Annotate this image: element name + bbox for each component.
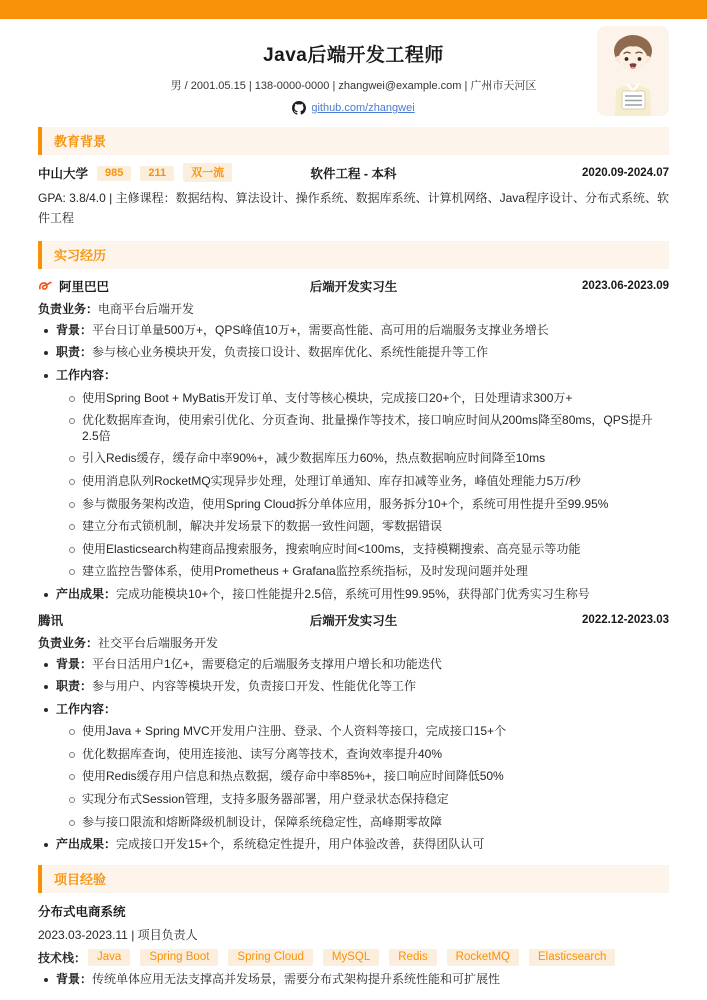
school-name: 中山大学	[38, 164, 88, 182]
resume-header: Java后端开发工程师 男 / 2001.05.15 | 138-0000-00…	[38, 19, 669, 115]
project-meta: 2023.03-2023.11 | 项目负责人	[38, 926, 669, 943]
tech-badge: Spring Cloud	[228, 949, 312, 966]
company-name-cell: 腾讯	[38, 611, 263, 629]
bullet-label: 背景：	[56, 657, 92, 671]
page-title: Java后端开发工程师	[38, 40, 669, 67]
education-badge: 双一流	[183, 163, 232, 182]
bullet-item: 职责：参与核心业务模块开发，负责接口设计、数据库优化、系统性能提升等工作	[38, 345, 669, 361]
github-row: github.com/zhangwei	[38, 101, 669, 115]
github-icon	[292, 101, 306, 115]
sub-bullet-item: 参与接口限流和熔断降级机制设计，保障系统稳定性，高峰期零故障	[66, 815, 669, 831]
education-block: 中山大学 985211双一流 软件工程 - 本科 2020.09-2024.07…	[38, 163, 669, 229]
tech-badge: Redis	[389, 949, 436, 966]
tech-badge: Elasticsearch	[529, 949, 615, 966]
bullet-label: 工作内容：	[56, 368, 116, 382]
project-bullets: 背景：传统单体应用无法支撑高并发场景，需要分布式架构提升系统性能和可扩展性	[38, 972, 669, 988]
sub-bullet-item: 建立监控告警体系，使用Prometheus + Grafana监控系统指标，及时…	[66, 564, 669, 580]
sub-bullet-list: 使用Spring Boot + MyBatis开发订单、支付等核心模块，完成接口…	[56, 391, 669, 580]
sub-bullet-item: 优化数据库查询，使用连接池、读写分离等技术，查询效率提升40%	[66, 747, 669, 763]
position-title: 后端开发实习生	[263, 611, 443, 629]
sub-bullet-item: 参与微服务架构改造，使用Spring Cloud拆分单体应用，服务拆分10+个，…	[66, 497, 669, 513]
education-badge: 211	[140, 166, 174, 181]
bullet-item: 背景：平台日订单量500万+，QPS峰值10万+，需要高性能、高可用的后端服务支…	[38, 323, 669, 339]
company-name-cell: 阿里巴巴	[38, 277, 263, 295]
section-header-education: 教育背景	[38, 127, 669, 155]
alibaba-logo-icon	[38, 279, 53, 292]
tech-badge: MySQL	[323, 949, 379, 966]
education-detail: GPA: 3.8/4.0 | 主修课程：数据结构、算法设计、操作系统、数据库系统…	[38, 188, 669, 229]
top-accent-bar	[0, 0, 707, 19]
sub-bullet-item: 使用Elasticsearch构建商品搜索服务，搜索响应时间<100ms，支持模…	[66, 542, 669, 558]
tech-badges: JavaSpring BootSpring CloudMySQLRedisRoc…	[88, 949, 625, 966]
bullet-item: 背景：传统单体应用无法支撑高并发场景，需要分布式架构提升系统性能和可扩展性	[38, 972, 669, 988]
company-header-row: 腾讯后端开发实习生2022.12-2023.03	[38, 611, 669, 629]
sub-bullet-item: 使用Spring Boot + MyBatis开发订单、支付等核心模块，完成接口…	[66, 391, 669, 407]
sub-bullet-item: 引入Redis缓存，缓存命中率90%+，减少数据库压力60%，热点数据响应时间降…	[66, 451, 669, 467]
company-name: 阿里巴巴	[59, 277, 109, 295]
resume-page: Java后端开发工程师 男 / 2001.05.15 | 138-0000-00…	[0, 19, 707, 987]
sub-bullet-item: 使用Java + Spring MVC开发用户注册、登录、个人资料等接口，完成接…	[66, 724, 669, 740]
bullet-item: 工作内容：使用Java + Spring MVC开发用户注册、登录、个人资料等接…	[38, 702, 669, 831]
sub-bullet-item: 优化数据库查询，使用索引优化、分页查询、批量操作等技术，接口响应时间从200ms…	[66, 413, 669, 444]
bullet-item: 产出成果：完成接口开发15+个，系统稳定性提升，用户体验改善，获得团队认可	[38, 837, 669, 853]
company-name: 腾讯	[38, 611, 63, 629]
education-badges: 985211双一流	[88, 163, 232, 182]
education-date-range: 2020.09-2024.07	[444, 167, 669, 179]
section-header-projects: 项目经验	[38, 865, 669, 893]
tech-badge: Java	[88, 949, 130, 966]
company-block: 腾讯后端开发实习生2022.12-2023.03负责业务：社交平台后端服务开发背…	[38, 611, 669, 853]
company-header-row: 阿里巴巴后端开发实习生2023.06-2023.09	[38, 277, 669, 295]
bullet-list: 背景：平台日订单量500万+，QPS峰值10万+，需要高性能、高可用的后端服务支…	[38, 323, 669, 603]
business-line: 负责业务：社交平台后端服务开发	[38, 634, 669, 651]
sub-bullet-item: 使用消息队列RocketMQ实现异步处理，处理订单通知、库存扣减等业务，峰值处理…	[66, 474, 669, 490]
business-label: 负责业务：	[38, 302, 98, 316]
bullet-label: 职责：	[56, 679, 92, 693]
major-degree: 软件工程 - 本科	[263, 164, 443, 182]
education-badge: 985	[97, 166, 131, 181]
bullet-item: 产出成果：完成功能模块10+个，接口性能提升2.5倍，系统可用性99.95%，获…	[38, 587, 669, 603]
project-block: 分布式电商系统 2023.03-2023.11 | 项目负责人 技术栈： Jav…	[38, 902, 669, 988]
sub-bullet-item: 实现分布式Session管理，支持多服务器部署，用户登录状态保持稳定	[66, 792, 669, 808]
bullet-item: 工作内容：使用Spring Boot + MyBatis开发订单、支付等核心模块…	[38, 368, 669, 580]
company-block: 阿里巴巴后端开发实习生2023.06-2023.09负责业务：电商平台后端开发背…	[38, 277, 669, 603]
business-label: 负责业务：	[38, 636, 98, 650]
education-header-row: 中山大学 985211双一流 软件工程 - 本科 2020.09-2024.07	[38, 163, 669, 182]
bullet-list: 背景：平台日活用户1亿+，需要稳定的后端服务支撑用户增长和功能迭代职责：参与用户…	[38, 657, 669, 853]
business-line: 负责业务：电商平台后端开发	[38, 300, 669, 317]
sub-bullet-item: 使用Redis缓存用户信息和热点数据，缓存命中率85%+，接口响应时间降低50%	[66, 769, 669, 785]
project-name: 分布式电商系统	[38, 902, 669, 920]
school-cell: 中山大学 985211双一流	[38, 163, 263, 182]
bullet-label: 职责：	[56, 345, 92, 359]
bullet-item: 背景：平台日活用户1亿+，需要稳定的后端服务支撑用户增长和功能迭代	[38, 657, 669, 673]
bullet-label: 背景：	[56, 972, 92, 986]
bullet-label: 产出成果：	[56, 837, 116, 851]
avatar	[597, 26, 669, 116]
bullet-label: 背景：	[56, 323, 92, 337]
sub-bullet-item: 建立分布式锁机制，解决并发场景下的数据一致性问题，零数据错误	[66, 519, 669, 535]
tech-stack-row: 技术栈： JavaSpring BootSpring CloudMySQLRed…	[38, 949, 669, 966]
github-link[interactable]: github.com/zhangwei	[311, 102, 414, 114]
position-title: 后端开发实习生	[263, 277, 443, 295]
section-header-internship: 实习经历	[38, 241, 669, 269]
date-range: 2022.12-2023.03	[444, 614, 669, 626]
bullet-label: 工作内容：	[56, 702, 116, 716]
bullet-label: 产出成果：	[56, 587, 116, 601]
tech-stack-label: 技术栈：	[38, 949, 86, 966]
bullet-item: 职责：参与用户、内容等模块开发，负责接口开发、性能优化等工作	[38, 679, 669, 695]
project-bullet-list: 背景：传统单体应用无法支撑高并发场景，需要分布式架构提升系统性能和可扩展性	[38, 972, 669, 988]
sub-bullet-list: 使用Java + Spring MVC开发用户注册、登录、个人资料等接口，完成接…	[56, 724, 669, 830]
tech-badge: RocketMQ	[447, 949, 519, 966]
contact-info: 男 / 2001.05.15 | 138-0000-0000 | zhangwe…	[38, 77, 669, 93]
date-range: 2023.06-2023.09	[444, 280, 669, 292]
tech-badge: Spring Boot	[140, 949, 218, 966]
companies: 阿里巴巴后端开发实习生2023.06-2023.09负责业务：电商平台后端开发背…	[38, 277, 669, 853]
